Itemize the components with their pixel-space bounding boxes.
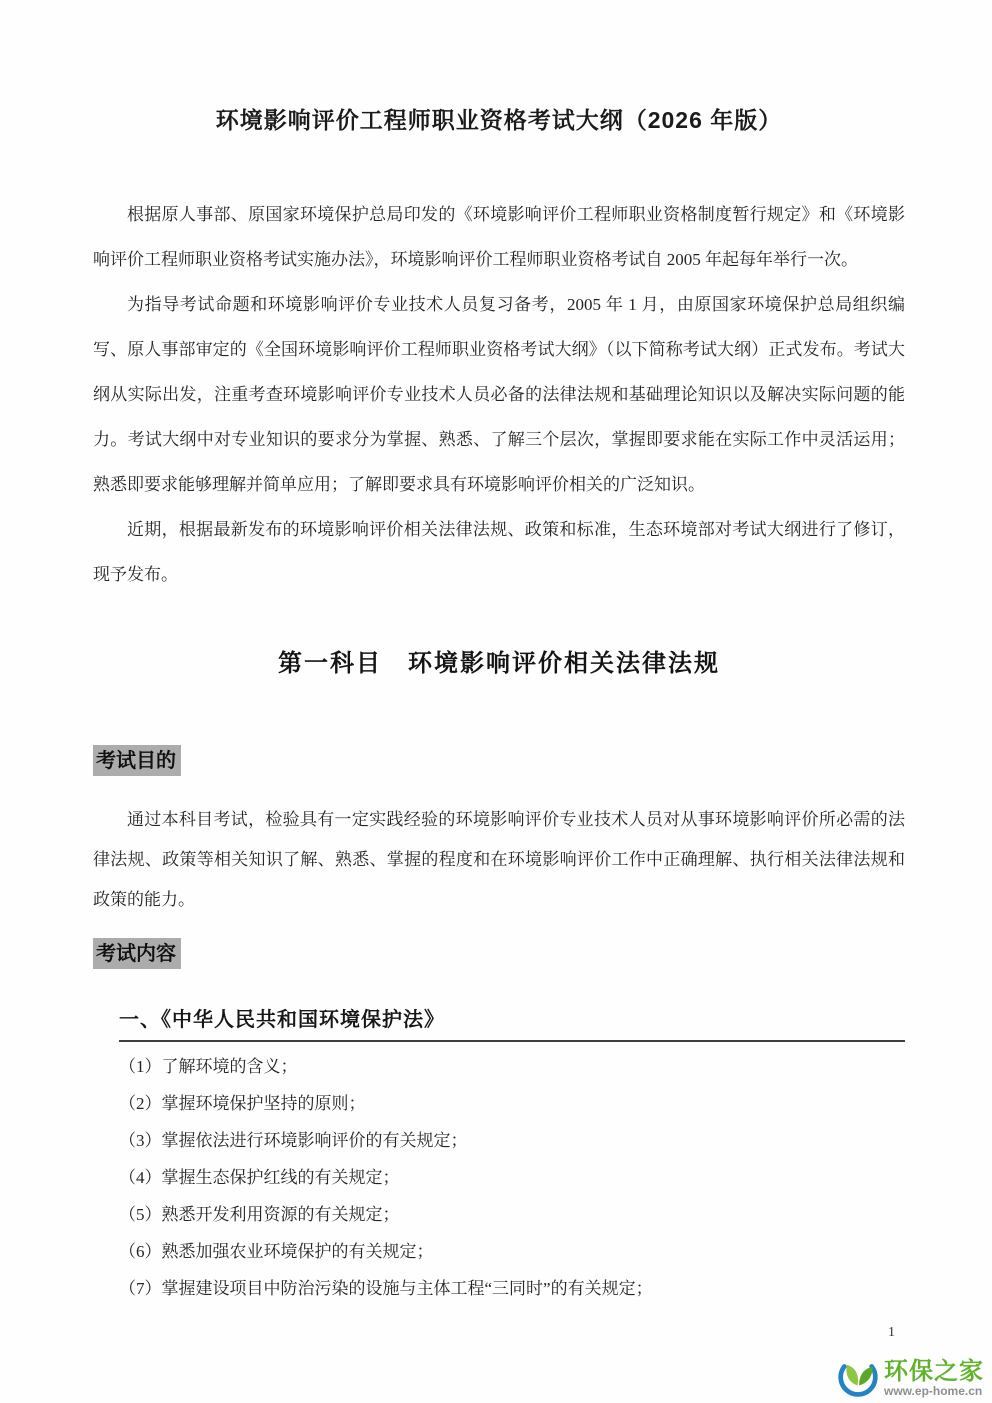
- exam-purpose-text: 通过本科目考试，检验具有一定实践经验的环境影响评价专业技术人员对从事环境影响评价…: [93, 800, 905, 920]
- document-content: 环境影响评价工程师职业资格考试大纲（2026 年版） 根据原人事部、原国家环境保…: [93, 0, 905, 1307]
- exam-purpose-label: 考试目的: [93, 745, 181, 776]
- topic-item-6: （6）熟悉加强农业环境保护的有关规定；: [119, 1233, 905, 1270]
- page-number: 1: [888, 1325, 895, 1341]
- intro-paragraph-3: 近期，根据最新发布的环境影响评价相关法律法规、政策和标准，生态环境部对考试大纲进…: [93, 507, 905, 597]
- section-title: 第一科目 环境影响评价相关法律法规: [93, 647, 905, 681]
- intro-paragraph-1: 根据原人事部、原国家环境保护总局印发的《环境影响评价工程师职业资格制度暂行规定》…: [93, 192, 905, 282]
- intro-section: 根据原人事部、原国家环境保护总局印发的《环境影响评价工程师职业资格制度暂行规定》…: [93, 192, 905, 597]
- intro-paragraph-2: 为指导考试命题和环境影响评价专业技术人员复习备考，2005 年 1 月，由原国家…: [93, 282, 905, 507]
- topic-item-7: （7）掌握建设项目中防治污染的设施与主体工程“三同时”的有关规定；: [119, 1270, 905, 1307]
- topic-item-1: （1）了解环境的含义；: [119, 1048, 905, 1085]
- topic-heading: 一、《中华人民共和国环境保护法》: [119, 1003, 905, 1042]
- brand-url: www.ep-home.cn: [884, 1385, 984, 1397]
- topic-item-5: （5）熟悉开发利用资源的有关规定；: [119, 1196, 905, 1233]
- topic-list: （1）了解环境的含义； （2）掌握环境保护坚持的原则； （3）掌握依法进行环境影…: [119, 1048, 905, 1307]
- topic-item-3: （3）掌握依法进行环境影响评价的有关规定；: [119, 1122, 905, 1159]
- exam-content-label: 考试内容: [93, 938, 181, 969]
- brand-name: 环保之家: [884, 1360, 984, 1384]
- leaf-logo-icon: [837, 1357, 879, 1399]
- footer-logo: 环保之家 www.ep-home.cn: [837, 1357, 984, 1399]
- topic-item-2: （2）掌握环境保护坚持的原则；: [119, 1085, 905, 1122]
- footer-logo-text: 环保之家 www.ep-home.cn: [884, 1360, 984, 1397]
- document-page: 环境影响评价工程师职业资格考试大纲（2026 年版） 根据原人事部、原国家环境保…: [0, 0, 992, 1403]
- topic-item-4: （4）掌握生态保护红线的有关规定；: [119, 1159, 905, 1196]
- document-title: 环境影响评价工程师职业资格考试大纲（2026 年版）: [93, 103, 905, 137]
